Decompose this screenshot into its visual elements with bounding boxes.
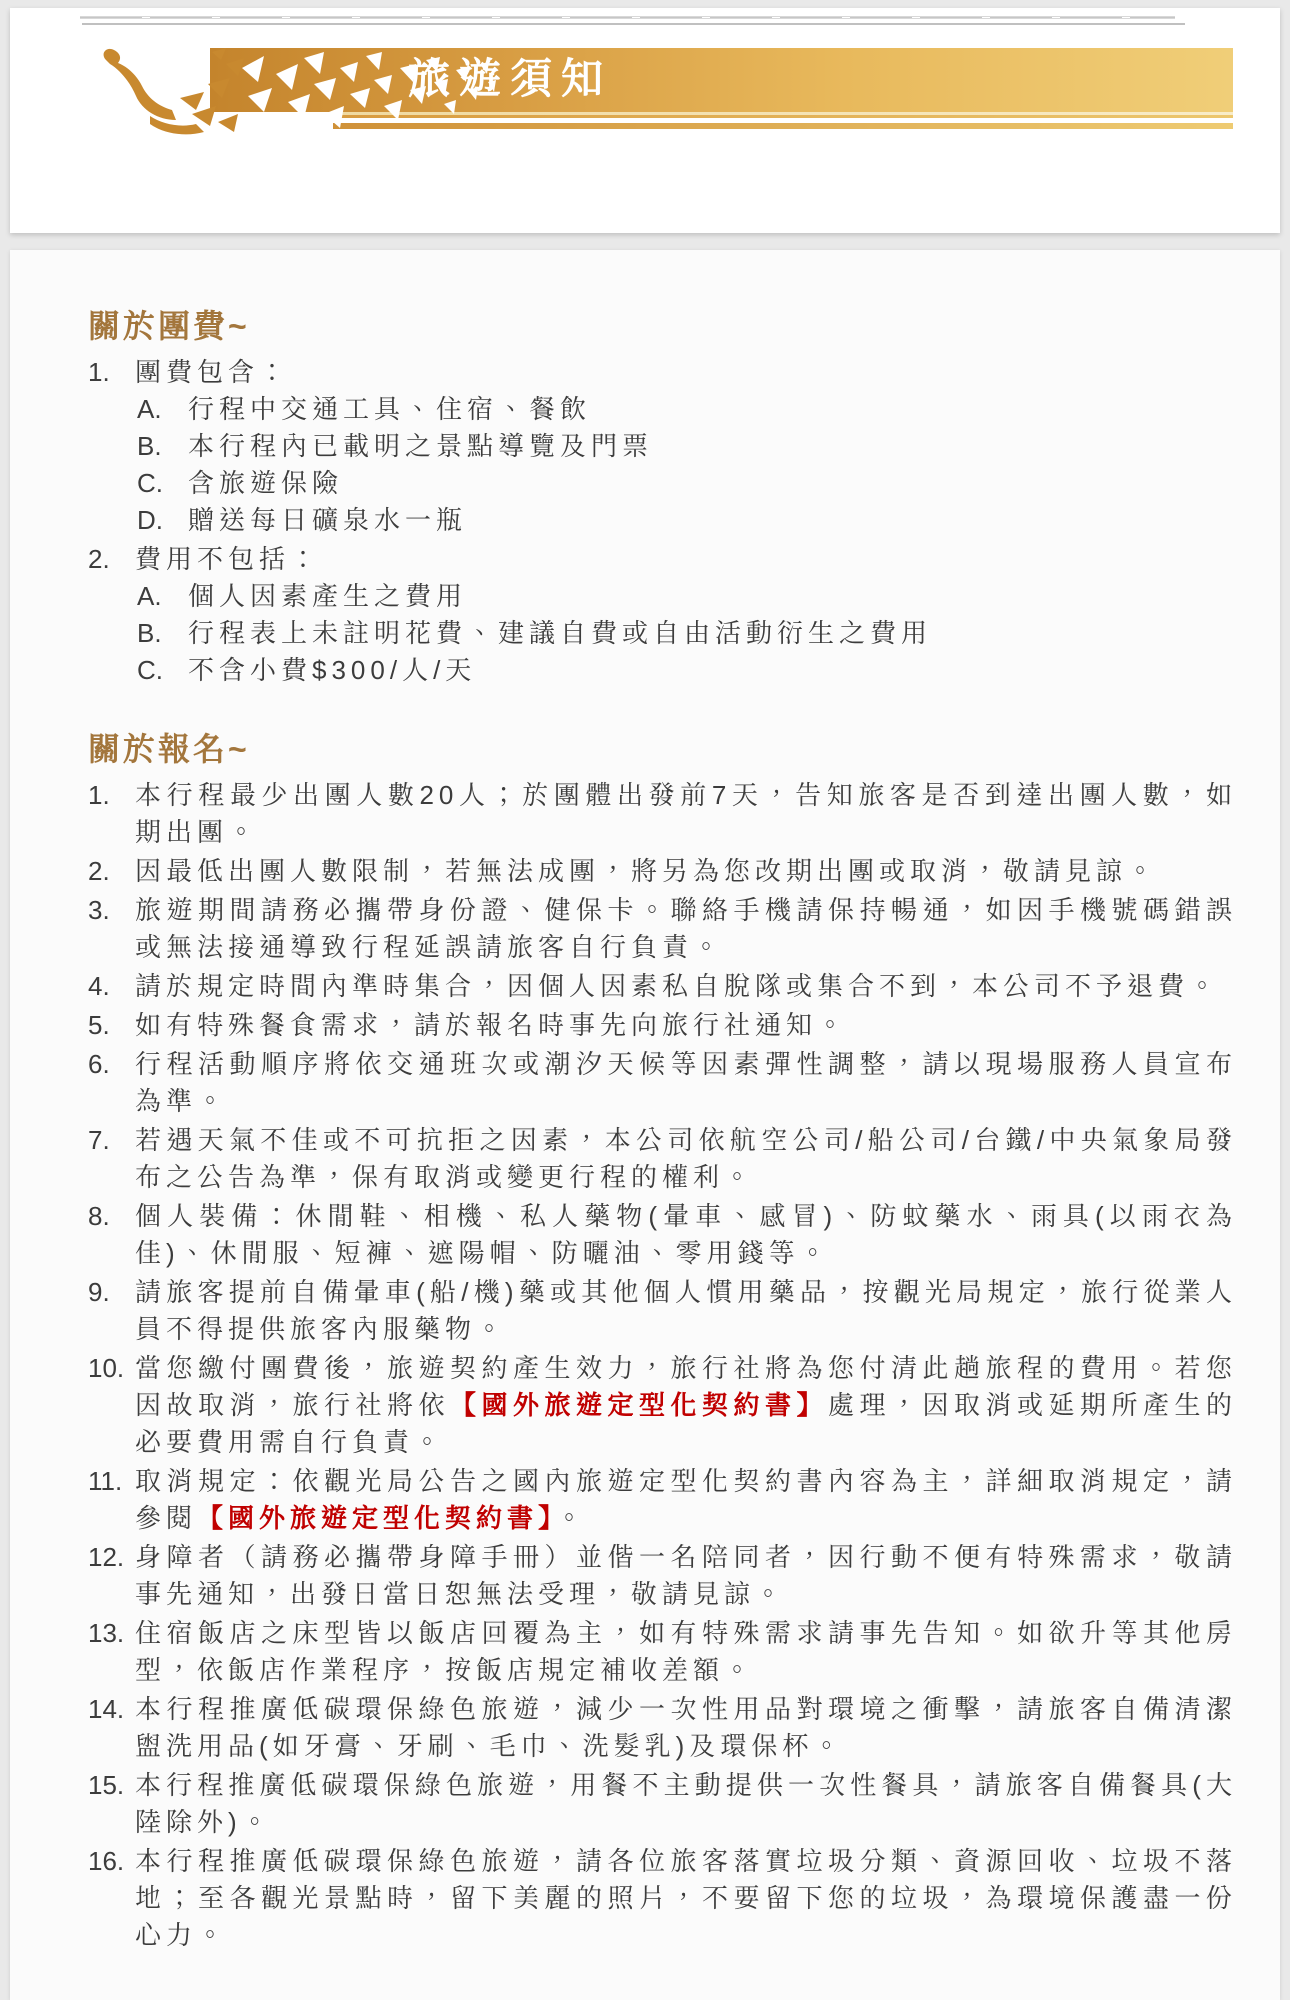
- list-item: 4.請於規定時間內準時集合，因個人因素私自脫隊或集合不到，本公司不予退費。: [88, 968, 1237, 1005]
- notice-content-card: 關於團費~1.團費包含：A.行程中交通工具、住宿、餐飲B.本行程內已載明之景點導…: [10, 250, 1280, 2000]
- text-segment: 個人裝備：休閒鞋、相機、私人藥物(暈車、感冒)、防蚊藥水、雨具(以雨衣為佳)、休…: [135, 1201, 1237, 1268]
- item-number: 2.: [88, 853, 135, 890]
- item-number: 12.: [88, 1539, 135, 1576]
- item-text: 費用不包括：A.個人因素產生之費用B.行程表上未註明花費、建議自費或自由活動衍生…: [135, 541, 1237, 689]
- sub-item-text: 個人因素產生之費用: [188, 578, 1237, 615]
- sub-list-item: C.含旅遊保險: [137, 465, 1237, 502]
- item-number: 13.: [88, 1615, 135, 1652]
- sub-list-item: C.不含小費$300/人/天: [137, 652, 1237, 689]
- sub-item-text: 行程表上未註明花費、建議自費或自由活動衍生之費用: [188, 615, 1237, 652]
- text-segment: 身障者（請務必攜帶身障手冊）並偕一名陪同者，因行動不便有特殊需求，敬請事先通知，…: [135, 1542, 1237, 1609]
- list-item: 2.費用不包括：A.個人因素產生之費用B.行程表上未註明花費、建議自費或自由活動…: [88, 541, 1237, 689]
- list-item: 1.本行程最少出團人數20人；於團體出發前7天，告知旅客是否到達出團人數，如期出…: [88, 777, 1237, 851]
- item-number: 16.: [88, 1843, 135, 1880]
- sub-list-item: A.個人因素產生之費用: [137, 578, 1237, 615]
- item-text: 住宿飯店之床型皆以飯店回覆為主，如有特殊需求請事先告知。如欲升等其他房型，依飯店…: [135, 1615, 1237, 1689]
- sub-item-letter: A.: [137, 391, 188, 428]
- item-text: 請於規定時間內準時集合，因個人因素私自脫隊或集合不到，本公司不予退費。: [135, 968, 1237, 1005]
- item-text: 本行程推廣低碳環保綠色旅遊，減少一次性用品對環境之衝擊，請旅客自備清潔盥洗用品(…: [135, 1691, 1237, 1765]
- text-segment: 團費包含：: [135, 357, 290, 387]
- item-number: 3.: [88, 892, 135, 929]
- item-number: 10.: [88, 1350, 135, 1387]
- top-dashed-rule: [80, 16, 1175, 19]
- list-item: 10.當您繳付團費後，旅遊契約產生效力，旅行社將為您付清此趟旅程的費用。若您因故…: [88, 1350, 1237, 1461]
- item-text: 身障者（請務必攜帶身障手冊）並偕一名陪同者，因行動不便有特殊需求，敬請事先通知，…: [135, 1539, 1237, 1613]
- section-heading-registration: 關於報名~: [88, 729, 1237, 769]
- item-number: 15.: [88, 1767, 135, 1804]
- sub-item-letter: B.: [137, 615, 188, 652]
- text-segment: 本行程推廣低碳環保綠色旅遊，減少一次性用品對環境之衝擊，請旅客自備清潔盥洗用品(…: [135, 1694, 1237, 1761]
- sub-list-item: B.行程表上未註明花費、建議自費或自由活動衍生之費用: [137, 615, 1237, 652]
- text-segment: 本行程推廣低碳環保綠色旅遊，請各位旅客落實垃圾分類、資源回收、垃圾不落地；至各觀…: [135, 1846, 1237, 1950]
- item-number: 9.: [88, 1274, 135, 1311]
- item-text: 請旅客提前自備暈車(船/機)藥或其他個人慣用藥品，按觀光局規定，旅行從業人員不得…: [135, 1274, 1237, 1348]
- sections: 關於團費~1.團費包含：A.行程中交通工具、住宿、餐飲B.本行程內已載明之景點導…: [88, 306, 1237, 1954]
- sub-item-text: 贈送每日礦泉水一瓶: [188, 502, 1237, 539]
- sub-item-letter: B.: [137, 428, 188, 465]
- list-item: 8.個人裝備：休閒鞋、相機、私人藥物(暈車、感冒)、防蚊藥水、雨具(以雨衣為佳)…: [88, 1198, 1237, 1272]
- item-number: 11.: [88, 1463, 135, 1500]
- item-text: 旅遊期間請務必攜帶身份證、健保卡。聯絡手機請保持暢通，如因手機號碼錯誤或無法接通…: [135, 892, 1237, 966]
- list-item: 5.如有特殊餐食需求，請於報名時事先向旅行社通知。: [88, 1007, 1237, 1044]
- item-number: 2.: [88, 541, 135, 578]
- item-number: 5.: [88, 1007, 135, 1044]
- text-segment: 。: [556, 1503, 587, 1533]
- contract-highlight: 【國外旅遊定型化契約書】: [450, 1390, 828, 1420]
- item-text: 當您繳付團費後，旅遊契約產生效力，旅行社將為您付清此趟旅程的費用。若您因故取消，…: [135, 1350, 1237, 1461]
- travel-notice-page: 旅遊須知 關於團費~1.團費包含：A.行程中交通工具、住宿、餐飲B.本行程內已載…: [0, 0, 1290, 2000]
- contract-highlight: 【國外旅遊定型化契約書】: [197, 1503, 556, 1533]
- text-segment: 請於規定時間內準時集合，因個人因素私自脫隊或集合不到，本公司不予退費。: [135, 971, 1220, 1001]
- item-text: 本行程推廣低碳環保綠色旅遊，用餐不主動提供一次性餐具，請旅客自備餐具(大陸除外)…: [135, 1767, 1237, 1841]
- page-title: 旅遊須知: [408, 48, 612, 112]
- text-segment: 旅遊期間請務必攜帶身份證、健保卡。聯絡手機請保持暢通，如因手機號碼錯誤或無法接通…: [135, 895, 1237, 962]
- list-item: 9.請旅客提前自備暈車(船/機)藥或其他個人慣用藥品，按觀光局規定，旅行從業人員…: [88, 1274, 1237, 1348]
- text-segment: 若遇天氣不佳或不可抗拒之因素，本公司依航空公司/船公司/台鐵/中央氣象局發布之公…: [135, 1125, 1237, 1192]
- text-segment: 行程活動順序將依交通班次或潮汐天候等因素彈性調整，請以現場服務人員宣布為準。: [135, 1049, 1237, 1116]
- text-segment: 如有特殊餐食需求，請於報名時事先向旅行社通知。: [135, 1010, 848, 1040]
- item-text: 團費包含：A.行程中交通工具、住宿、餐飲B.本行程內已載明之景點導覽及門票C.含…: [135, 354, 1237, 539]
- item-number: 7.: [88, 1122, 135, 1159]
- text-segment: 住宿飯店之床型皆以飯店回覆為主，如有特殊需求請事先告知。如欲升等其他房型，依飯店…: [135, 1618, 1237, 1685]
- item-number: 4.: [88, 968, 135, 1005]
- title-banner: 旅遊須知: [98, 48, 1233, 130]
- sub-item-letter: D.: [137, 502, 188, 539]
- text-segment: 費用不包括：: [135, 544, 321, 574]
- item-text: 如有特殊餐食需求，請於報名時事先向旅行社通知。: [135, 1007, 1237, 1044]
- sub-item-text: 含旅遊保險: [188, 465, 1237, 502]
- top-solid-rule: [82, 23, 1185, 25]
- list-item: 7.若遇天氣不佳或不可抗拒之因素，本公司依航空公司/船公司/台鐵/中央氣象局發布…: [88, 1122, 1237, 1196]
- list-item: 16.本行程推廣低碳環保綠色旅遊，請各位旅客落實垃圾分類、資源回收、垃圾不落地；…: [88, 1843, 1237, 1954]
- sub-list-item: B.本行程內已載明之景點導覽及門票: [137, 428, 1237, 465]
- list-item: 13.住宿飯店之床型皆以飯店回覆為主，如有特殊需求請事先告知。如欲升等其他房型，…: [88, 1615, 1237, 1689]
- sub-item-text: 本行程內已載明之景點導覽及門票: [188, 428, 1237, 465]
- item-number: 1.: [88, 354, 135, 391]
- list-item: 14.本行程推廣低碳環保綠色旅遊，減少一次性用品對環境之衝擊，請旅客自備清潔盥洗…: [88, 1691, 1237, 1765]
- list-item: 15.本行程推廣低碳環保綠色旅遊，用餐不主動提供一次性餐具，請旅客自備餐具(大陸…: [88, 1767, 1237, 1841]
- text-segment: 因最低出團人數限制，若無法成團，將另為您改期出團或取消，敬請見諒。: [135, 856, 1158, 886]
- item-text: 本行程推廣低碳環保綠色旅遊，請各位旅客落實垃圾分類、資源回收、垃圾不落地；至各觀…: [135, 1843, 1237, 1954]
- item-number: 1.: [88, 777, 135, 814]
- list-item: 1.團費包含：A.行程中交通工具、住宿、餐飲B.本行程內已載明之景點導覽及門票C…: [88, 354, 1237, 539]
- item-text: 行程活動順序將依交通班次或潮汐天候等因素彈性調整，請以現場服務人員宣布為準。: [135, 1046, 1237, 1120]
- item-text: 因最低出團人數限制，若無法成團，將另為您改期出團或取消，敬請見諒。: [135, 853, 1237, 890]
- sub-item-letter: C.: [137, 465, 188, 502]
- item-number: 14.: [88, 1691, 135, 1728]
- section-fees: 關於團費~1.團費包含：A.行程中交通工具、住宿、餐飲B.本行程內已載明之景點導…: [88, 306, 1237, 689]
- card-gap: [0, 233, 1290, 250]
- list-item: 3.旅遊期間請務必攜帶身份證、健保卡。聯絡手機請保持暢通，如因手機號碼錯誤或無法…: [88, 892, 1237, 966]
- list-item: 12.身障者（請務必攜帶身障手冊）並偕一名陪同者，因行動不便有特殊需求，敬請事先…: [88, 1539, 1237, 1613]
- list-item: 2.因最低出團人數限制，若無法成團，將另為您改期出團或取消，敬請見諒。: [88, 853, 1237, 890]
- item-text: 本行程最少出團人數20人；於團體出發前7天，告知旅客是否到達出團人數，如期出團。: [135, 777, 1237, 851]
- section-registration: 關於報名~1.本行程最少出團人數20人；於團體出發前7天，告知旅客是否到達出團人…: [88, 729, 1237, 1954]
- item-text: 取消規定：依觀光局公告之國內旅遊定型化契約書內容為主，詳細取消規定，請參閱【國外…: [135, 1463, 1237, 1537]
- section-heading-fees: 關於團費~: [88, 306, 1237, 346]
- text-segment: 請旅客提前自備暈車(船/機)藥或其他個人慣用藥品，按觀光局規定，旅行從業人員不得…: [135, 1277, 1237, 1344]
- header-card: 旅遊須知: [10, 8, 1280, 233]
- list-item: 6.行程活動順序將依交通班次或潮汐天候等因素彈性調整，請以現場服務人員宣布為準。: [88, 1046, 1237, 1120]
- sub-list-item: A.行程中交通工具、住宿、餐飲: [137, 391, 1237, 428]
- sub-list-item: D.贈送每日礦泉水一瓶: [137, 502, 1237, 539]
- text-segment: 本行程最少出團人數20人；於團體出發前7天，告知旅客是否到達出團人數，如期出團。: [135, 780, 1237, 847]
- sub-item-letter: C.: [137, 652, 188, 689]
- item-text: 若遇天氣不佳或不可抗拒之因素，本公司依航空公司/船公司/台鐵/中央氣象局發布之公…: [135, 1122, 1237, 1196]
- text-segment: 本行程推廣低碳環保綠色旅遊，用餐不主動提供一次性餐具，請旅客自備餐具(大陸除外)…: [135, 1770, 1237, 1837]
- sub-item-text: 不含小費$300/人/天: [188, 652, 1237, 689]
- item-text: 個人裝備：休閒鞋、相機、私人藥物(暈車、感冒)、防蚊藥水、雨具(以雨衣為佳)、休…: [135, 1198, 1237, 1272]
- sub-item-letter: A.: [137, 578, 188, 615]
- sub-item-text: 行程中交通工具、住宿、餐飲: [188, 391, 1237, 428]
- item-number: 8.: [88, 1198, 135, 1235]
- item-number: 6.: [88, 1046, 135, 1083]
- list-item: 11.取消規定：依觀光局公告之國內旅遊定型化契約書內容為主，詳細取消規定，請參閱…: [88, 1463, 1237, 1537]
